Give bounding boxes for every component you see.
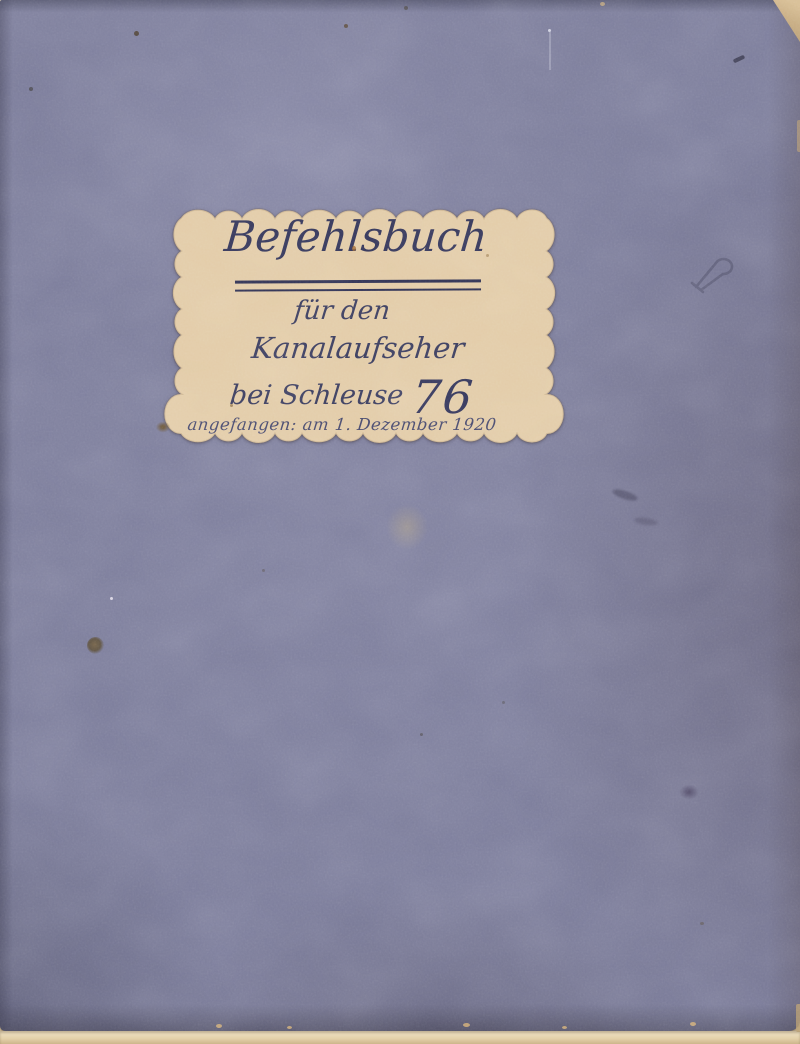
edge-wear-fleck (463, 1023, 470, 1027)
label-corner-stain (154, 420, 172, 434)
pencil-doodle (688, 246, 740, 294)
notebook-cover-photo: Befehlsbuch für den Kanalaufseher bei Sc… (0, 0, 800, 1044)
worn-edge-right-bottom (796, 1004, 800, 1032)
title-underline (235, 279, 481, 291)
edge-wear-fleck (216, 1024, 222, 1028)
label-line-fuer-den: für den (132, 296, 551, 326)
notebook-cover (0, 0, 800, 1031)
label-schleuse-text: bei Schleuse (228, 380, 405, 411)
label-line-kanalaufseher: Kanalaufseher (148, 331, 568, 365)
label-date-line: angefangen: am 1. Dezember 1920 (133, 415, 551, 434)
edge-wear-fleck (562, 1026, 567, 1029)
edge-wear-fleck (690, 1022, 696, 1026)
page-bottom-edge (0, 1031, 800, 1044)
stain-speck (230, 404, 233, 407)
label-title: Befehlsbuch (146, 212, 566, 261)
scratch-mark (549, 32, 551, 70)
label-text: Befehlsbuch für den Kanalaufseher bei Sc… (156, 194, 572, 458)
stain-speck (486, 254, 489, 257)
title-label: Befehlsbuch für den Kanalaufseher bei Sc… (156, 194, 572, 458)
edge-wear-fleck (287, 1026, 292, 1029)
rust-speck (352, 246, 356, 251)
